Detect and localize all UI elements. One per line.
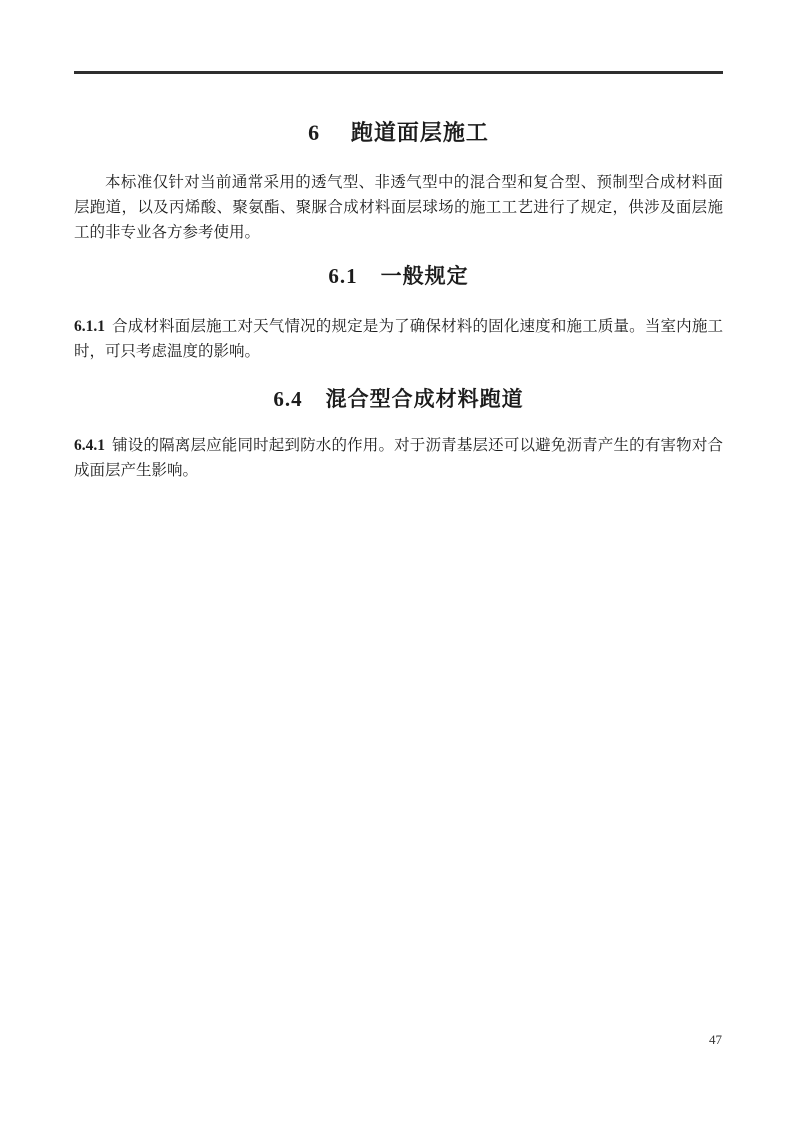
header-rule [74, 71, 723, 74]
intro-paragraph: 本标准仅针对当前通常采用的透气型、非透气型中的混合型和复合型、预制型合成材料面层… [74, 170, 723, 245]
section-heading-6-1: 6.1一般规定 [74, 261, 723, 291]
clause-6-1-1: 6.1.1合成材料面层施工对天气情况的规定是为了确保材料的固化速度和施工质量。当… [74, 314, 723, 364]
clause-text: 铺设的隔离层应能同时起到防水的作用。对于沥青基层还可以避免沥青产生的有害物对合成… [74, 437, 723, 479]
clause-number: 6.1.1 [74, 318, 105, 335]
page-number: 47 [709, 1032, 722, 1048]
chapter-heading: 6跑道面层施工 [74, 118, 723, 148]
clause-number: 6.4.1 [74, 437, 105, 454]
section-number: 6.4 [273, 387, 302, 411]
section-heading-6-4: 6.4混合型合成材料跑道 [74, 384, 723, 414]
section-number: 6.1 [328, 264, 357, 288]
clause-text: 合成材料面层施工对天气情况的规定是为了确保材料的固化速度和施工质量。当室内施工时… [74, 318, 723, 360]
chapter-title: 跑道面层施工 [351, 120, 489, 145]
page-content: 6跑道面层施工 本标准仅针对当前通常采用的透气型、非透气型中的混合型和复合型、预… [74, 71, 723, 483]
document-page: 6跑道面层施工 本标准仅针对当前通常采用的透气型、非透气型中的混合型和复合型、预… [0, 0, 800, 1131]
clause-6-4-1: 6.4.1铺设的隔离层应能同时起到防水的作用。对于沥青基层还可以避免沥青产生的有… [74, 433, 723, 483]
section-title: 混合型合成材料跑道 [326, 387, 524, 411]
section-title: 一般规定 [381, 264, 469, 288]
chapter-number: 6 [308, 120, 320, 145]
